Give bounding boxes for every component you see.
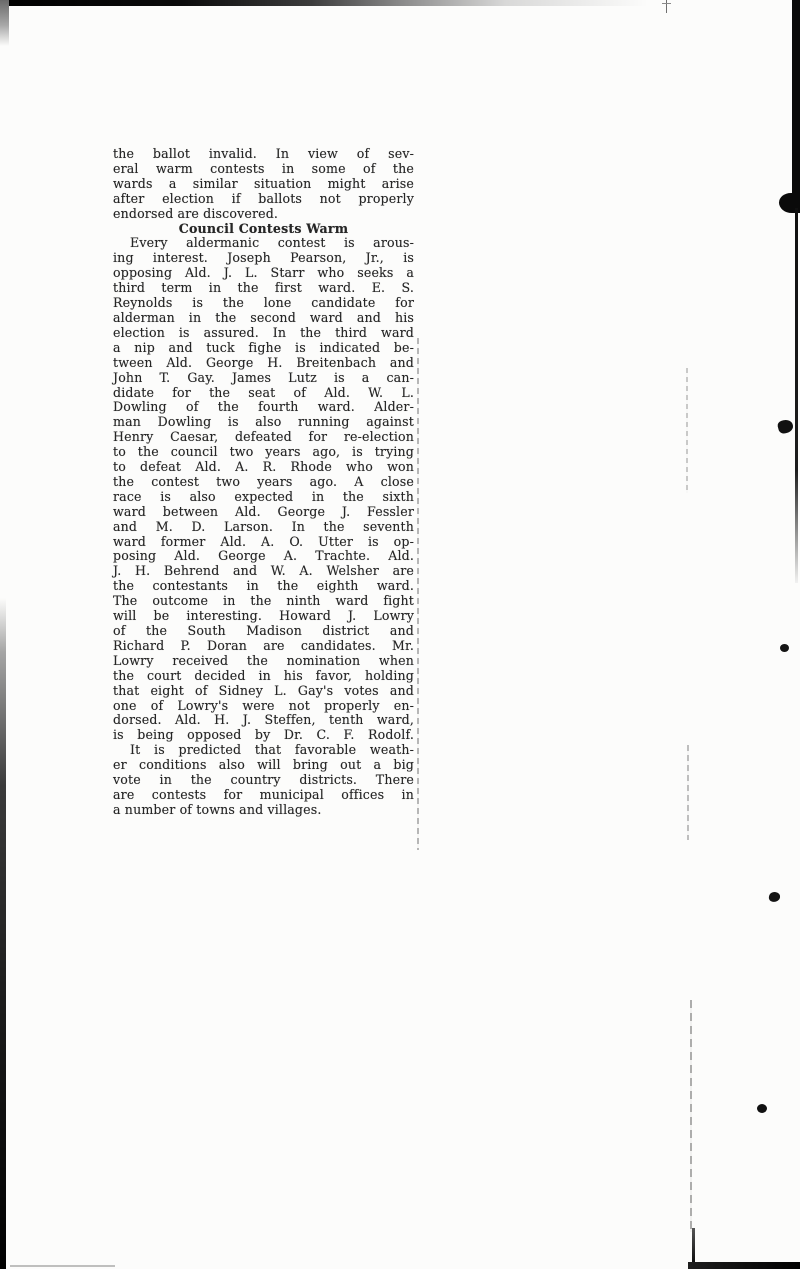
scan-artifact-left-edge [0,598,6,1269]
article-line: a nip and tuck fighe is indicated be- [113,341,414,356]
article-line: one of Lowry's were not properly en- [113,699,414,714]
article-line: election is assured. In the third ward [113,326,414,341]
article-line: after election if ballots not properly [113,192,414,207]
scan-artifact-top-edge [0,0,648,6]
article-line: alderman in the second ward and his [113,311,414,326]
article-line: of the South Madison district and [113,624,414,639]
scanned-page: the ballot invalid. In view of sev-eral … [0,0,800,1269]
scan-artifact-right-edge-line [795,208,798,583]
article-line: didate for the seat of Ald. W. L. [113,386,414,401]
scan-artifact-top-left-corner [0,0,9,46]
article-line: Every aldermanic contest is arous- [113,236,414,251]
article-line: Dowling of the fourth ward. Alder- [113,400,414,415]
ink-spot [780,644,789,652]
article-line: the ballot invalid. In view of sev- [113,147,414,162]
article-line: wards a similar situation might arise [113,177,414,192]
article-line: endorsed are discovered. [113,207,414,222]
article-line: dorsed. Ald. H. J. Steffen, tenth ward, [113,713,414,728]
ink-spot [768,891,781,903]
registration-mark-icon [662,3,671,4]
article-line: will be interesting. Howard J. Lowry [113,609,414,624]
article-line: J. H. Behrend and W. A. Welsher are [113,564,414,579]
article-heading: Council Contests Warm [113,222,414,237]
article-line: a number of towns and villages. [113,803,414,818]
article-line: eral warm contests in some of the [113,162,414,177]
article-line: race is also expected in the sixth [113,490,414,505]
article-line: man Dowling is also running against [113,415,414,430]
scan-artifact-bottom-line [10,1265,115,1267]
ink-spot [777,418,795,434]
page-crease-line [690,1000,692,1232]
article-line: Henry Caesar, defeated for re-election [113,430,414,445]
article-line: to defeat Ald. A. R. Rhode who won [113,460,414,475]
article-line: Lowry received the nomination when [113,654,414,669]
article-line: and M. D. Larson. In the seventh [113,520,414,535]
scan-artifact-right-edge-bar [792,0,800,211]
article-line: posing Ald. George A. Trachte. Ald. [113,549,414,564]
article-line: the contest two years ago. A close [113,475,414,490]
article-line: the court decided in his favor, holding [113,669,414,684]
article-line: Richard P. Doran are candidates. Mr. [113,639,414,654]
registration-mark-icon [666,0,667,13]
article-line: opposing Ald. J. L. Starr who seeks a [113,266,414,281]
article-line: are contests for municipal offices in [113,788,414,803]
article-line: er conditions also will bring out a big [113,758,414,773]
scan-artifact-right-edge-hook [779,193,800,213]
page-crease-line [687,745,689,840]
article-line: ing interest. Joseph Pearson, Jr., is [113,251,414,266]
page-crease-line [686,368,688,493]
article-line: to the council two years ago, is trying [113,445,414,460]
page-crease-line [692,1228,695,1269]
ink-spot [757,1104,767,1113]
article-line: tween Ald. George H. Breitenbach and [113,356,414,371]
clipping-edge-dashed-line [417,338,419,850]
article-line: vote in the country districts. There [113,773,414,788]
article-line: third term in the first ward. E. S. [113,281,414,296]
scan-artifact-bottom-edge [688,1262,800,1269]
article-line: the contestants in the eighth ward. [113,579,414,594]
article-line: The outcome in the ninth ward fight [113,594,414,609]
article-line: It is predicted that favorable weath- [113,743,414,758]
article-line: John T. Gay. James Lutz is a can- [113,371,414,386]
article-line: that eight of Sidney L. Gay's votes and [113,684,414,699]
article-column: the ballot invalid. In view of sev-eral … [113,147,414,818]
article-line: ward between Ald. George J. Fessler [113,505,414,520]
article-line: is being opposed by Dr. C. F. Rodolf. [113,728,414,743]
article-line: ward former Ald. A. O. Utter is op- [113,535,414,550]
article-line: Reynolds is the lone candidate for [113,296,414,311]
